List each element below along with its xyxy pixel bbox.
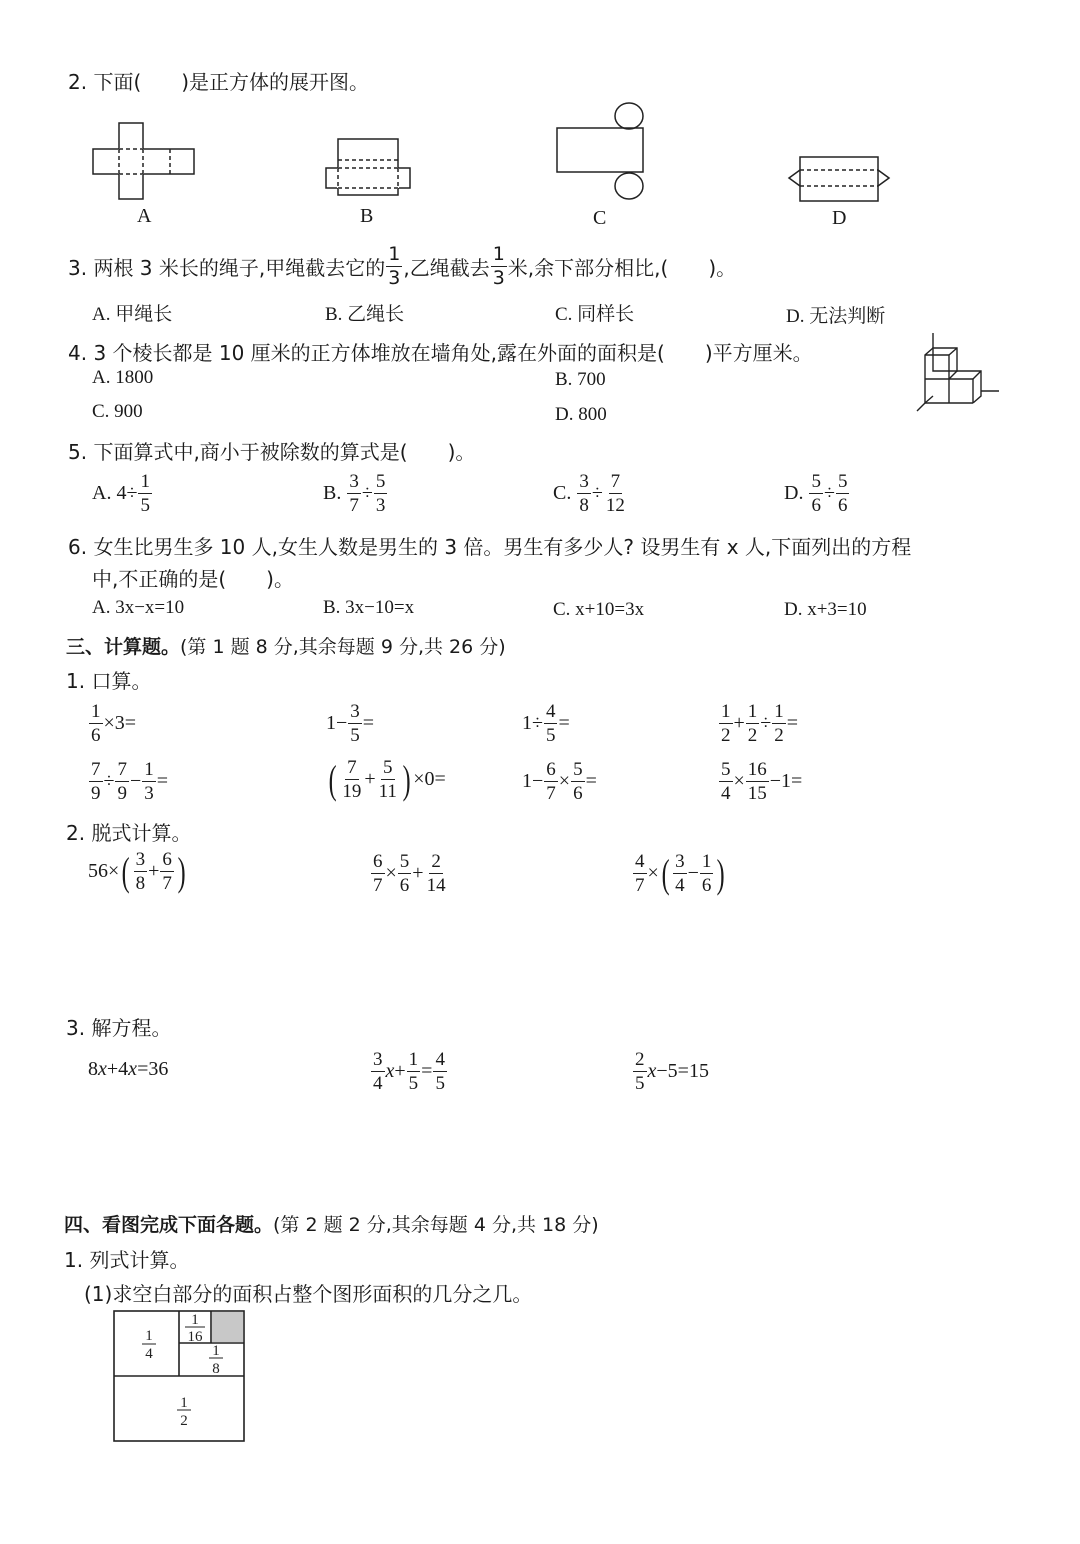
question-3-suffix: 米,余下部分相比,( )。 <box>508 252 736 281</box>
q6-option-a: A. 3x−x=10 <box>92 597 184 619</box>
fraction-area-diagram: 14 116 18 12 <box>113 1310 247 1444</box>
svg-text:1: 1 <box>180 1395 188 1411</box>
oral-calc-8: 54×1615−1= <box>718 760 802 803</box>
oral-calc-3: 1÷45= <box>522 702 570 745</box>
question-3-middle: ,乙绳截去 <box>403 252 489 281</box>
figure-d-label: D <box>832 207 846 230</box>
question-6-line2: 中,不正确的是( )。 <box>92 563 294 592</box>
question-3: 3. 两根 3 米长的绳子,甲绳截去它的 13 ,乙绳截去 13 米,余下部分相… <box>68 245 736 288</box>
figure-a-label: A <box>137 205 151 228</box>
q6-option-d: D. x+3=10 <box>784 599 867 621</box>
q3-option-b: B. 乙绳长 <box>325 299 404 326</box>
svg-text:16: 16 <box>188 1329 204 1345</box>
oral-calc-4: 12+12÷12= <box>718 702 798 745</box>
oral-calc-2: 1−35= <box>326 702 374 745</box>
q3-option-a: A. 甲绳长 <box>92 299 172 326</box>
figure-b-label: B <box>360 205 373 228</box>
oral-calc-7: 1−67×56= <box>522 760 597 803</box>
q3-option-d: D. 无法判断 <box>786 301 885 328</box>
figure-c-label: C <box>593 207 606 230</box>
svg-text:1: 1 <box>191 1312 199 1328</box>
fraction: 56 <box>809 472 823 515</box>
oral-calc-6: (719+511)×0= <box>326 758 446 801</box>
figure-d-net-icon <box>786 156 892 204</box>
q5-option-d: D. 56÷ 56 <box>784 472 850 515</box>
figure-c-cylinder-net-icon <box>556 102 646 202</box>
fraction: 37 <box>347 472 361 515</box>
section-3-heading: 三、计算题。(第 1 题 8 分,其余每题 9 分,共 26 分) <box>66 632 506 659</box>
q4-option-a: A. 1800 <box>92 367 153 389</box>
equation-1: 8x+4x=36 <box>88 1058 168 1081</box>
fraction: 13 <box>386 245 402 288</box>
q5-option-a: A. 4÷ 15 <box>92 472 153 515</box>
question-5-text: 5. 下面算式中,商小于被除数的算式是( )。 <box>68 436 475 465</box>
q4-option-c: C. 900 <box>92 401 143 423</box>
q6-option-b: B. 3x−10=x <box>323 597 414 619</box>
oral-calc-5: 79÷79−13= <box>88 760 168 803</box>
q6-option-c: C. x+10=3x <box>553 599 644 621</box>
step-calc-3: 47×(34−16) <box>632 852 728 895</box>
svg-text:2: 2 <box>180 1413 188 1429</box>
equation-3: 25x−5=15 <box>632 1050 709 1093</box>
section-3-sub3: 3. 解方程。 <box>66 1012 171 1041</box>
equation-2: 34x+15=45 <box>370 1050 448 1093</box>
step-calc-2: 67×56+214 <box>370 852 449 895</box>
question-4-text: 4. 3 个棱长都是 10 厘米的正方体堆放在墙角处,露在外面的面积是( )平方… <box>68 337 813 366</box>
section-4-sub1-1: (1)求空白部分的面积占整个图形面积的几分之几。 <box>84 1278 532 1307</box>
fraction: 15 <box>138 472 152 515</box>
section-3-sub1: 1. 口算。 <box>66 665 151 694</box>
section-4-heading: 四、看图完成下面各题。(第 2 题 2 分,其余每题 4 分,共 18 分) <box>64 1210 599 1237</box>
stacked-cubes-icon <box>915 333 1001 415</box>
question-2-text: 2. 下面( )是正方体的展开图。 <box>68 66 369 95</box>
fraction: 38 <box>577 472 591 515</box>
fraction: 56 <box>836 472 850 515</box>
svg-text:1: 1 <box>212 1343 220 1359</box>
section-4-sub1: 1. 列式计算。 <box>64 1244 189 1273</box>
q4-option-b: B. 700 <box>555 369 606 391</box>
svg-text:4: 4 <box>145 1346 153 1362</box>
question-6-line1: 6. 女生比男生多 10 人,女生人数是男生的 3 倍。男生有多少人? 设男生有… <box>68 531 911 560</box>
q4-option-d: D. 800 <box>555 404 607 426</box>
oral-calc-1: 16×3= <box>88 702 136 745</box>
svg-text:8: 8 <box>212 1361 220 1377</box>
q3-option-c: C. 同样长 <box>555 299 634 326</box>
step-calc-1: 56×(38+67) <box>88 850 188 893</box>
svg-text:1: 1 <box>145 1328 153 1344</box>
figure-b-net-icon <box>325 138 411 196</box>
q5-option-b: B. 37÷ 53 <box>323 472 388 515</box>
fraction: 13 <box>491 245 507 288</box>
q5-option-c: C. 38÷ 712 <box>553 472 628 515</box>
section-3-sub2: 2. 脱式计算。 <box>66 817 191 846</box>
fraction: 712 <box>604 472 627 515</box>
question-3-prefix: 3. 两根 3 米长的绳子,甲绳截去它的 <box>68 252 385 281</box>
fraction: 53 <box>374 472 388 515</box>
figure-a-cross-net-icon <box>92 122 196 202</box>
